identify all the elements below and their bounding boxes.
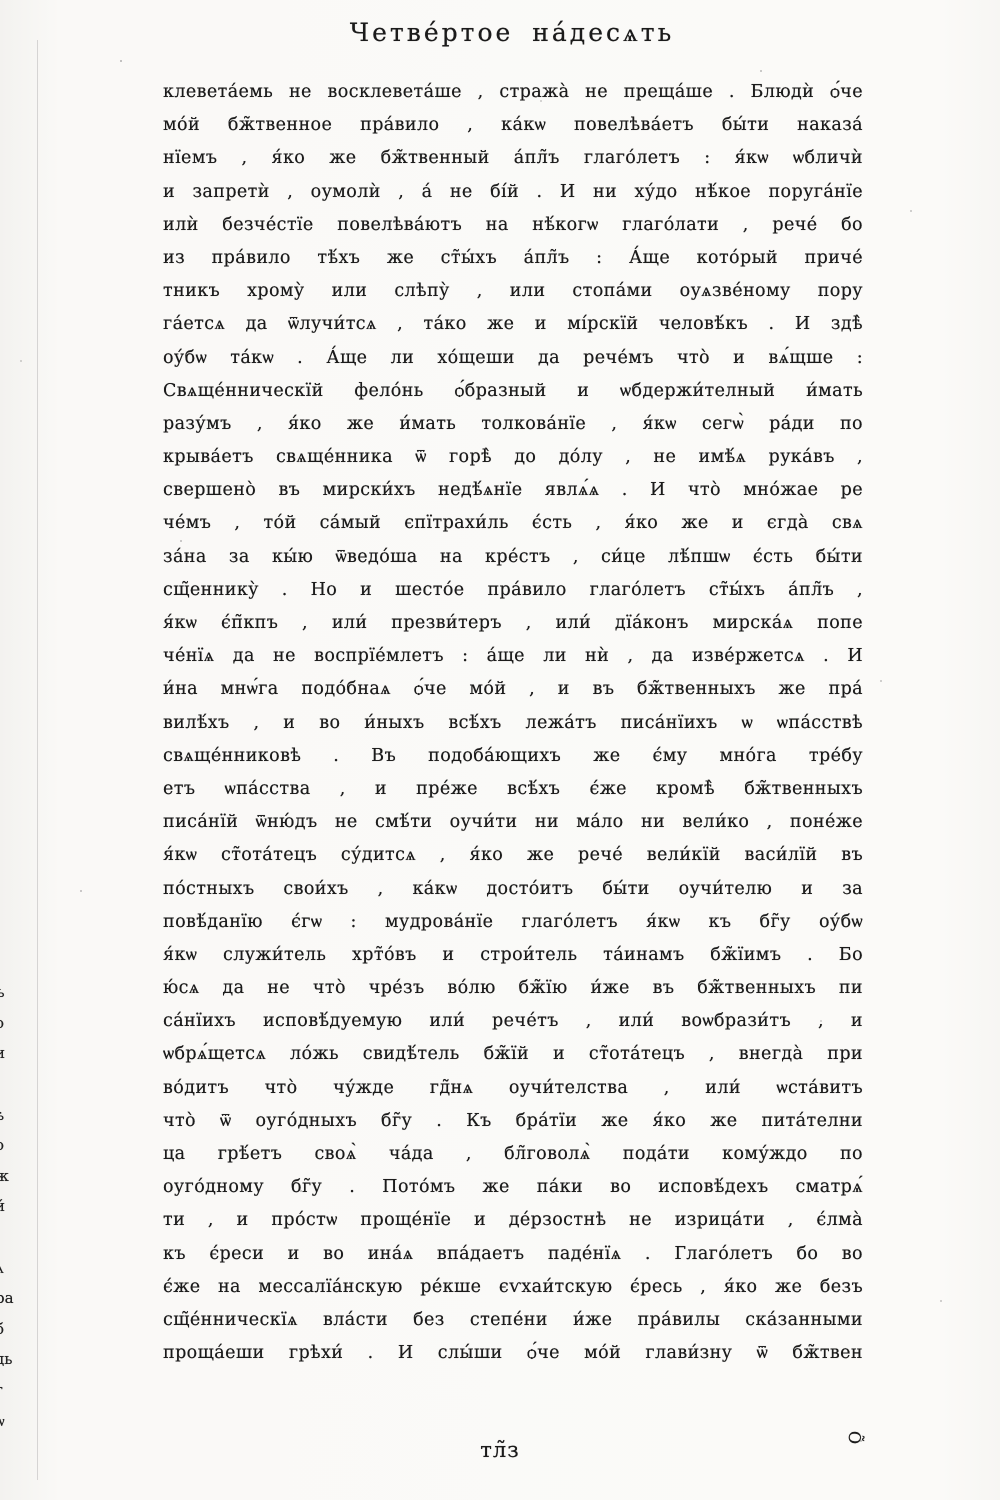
text-line: и запретѝ , оумолѝ , а́ не бі́й . И ни х… [163, 176, 863, 209]
text-line: оу́бѡ та́кѡ . А́ще ли хо́щеши да рече́мъ… [163, 342, 863, 375]
margin-fragment: о [0, 1130, 17, 1161]
text-line: я́кѡ є́п̃кпъ , или́ презви́теръ , или́ д… [163, 607, 863, 640]
text-line: разу́мъ , я́ко же и́мать толкова́нїе , я… [163, 408, 863, 441]
text-line: крыва́етъ свѧще́нника ѿ горѣ̀ до до́лу ,… [163, 441, 863, 474]
margin-fragment: ѧ [0, 1253, 17, 1284]
text-line: из пра́вило тѣ́хъ же ст̃ы́хъ а́пл̃ъ : А́… [163, 242, 863, 275]
text-line: клевета́емь не восклевета́ше , стража̀ н… [163, 76, 863, 109]
text-line: ти , и про́стѡ проще́нїе и де́рзостнѣ не… [163, 1204, 863, 1237]
margin-fragment: і [0, 916, 17, 947]
paper-specks [120, 60, 122, 62]
page-title: Четве́ртое на́десѧть [163, 18, 861, 48]
text-line: писа́нїй ѿню́дъ не смѣ́ти оучи́ти ни ма́… [163, 806, 863, 839]
margin-fragment: ж [0, 1161, 17, 1192]
text-line: ю́сѧ да не что̀ чре́зъ во́лю бж̃їю и́же … [163, 972, 863, 1005]
text-line: са́нїихъ исповѣ́дуемую или́ рече́тъ , ил… [163, 1005, 863, 1038]
quire-signature-mark: О̃ [844, 1430, 864, 1445]
text-line: етъ ѡпа́сства , и пре́же всѣ́хъ є́же кро… [163, 773, 863, 806]
margin-fragment: о [0, 1008, 17, 1039]
scanned-book-page: Четве́ртое на́десѧть клевета́емь не воск… [0, 0, 1000, 1500]
text-line: сщ̃еннику̀ . Но и шесто́е пра́вило глаго… [163, 574, 863, 607]
text-line: нїемъ , я́ко же бж̃твенный а́пл̃ъ глаго́… [163, 142, 863, 175]
text-line: я́кѡ ст̃ота́тецъ су́дитсѧ , я́ко же рече… [163, 839, 863, 872]
text-line: га́етсѧ да ѿлучи́тсѧ , та́ко же и мі́рск… [163, 308, 863, 341]
text-line: че́нїѧ да не воспрїе́млетъ : а́ще ли нѝ … [163, 640, 863, 673]
text-line: тникъ хрому̀ или слѣпу̀ , или стопа́ми о… [163, 275, 863, 308]
text-line: свершено̀ въ мирски́хъ недѣ́ѧнїе явлѧ́ѧ … [163, 474, 863, 507]
margin-fragment: ѡ [0, 1406, 17, 1437]
margin-fragment: ѣ [0, 1100, 17, 1131]
text-line: свѧще́нниковѣ . Въ подоба́ющихъ же є́му … [163, 740, 863, 773]
margin-fragment: : [0, 1069, 17, 1100]
margin-fragment: , [0, 1222, 17, 1253]
text-line: че́мъ , то́й са́мый єпїтрахи́ль є́сть , … [163, 507, 863, 540]
margin-bleed-fragments: і,ъои:ѣожи́,ѧрабдьгѡ [0, 916, 17, 1436]
text-line: сщ̃е́нническїѧ вла́сти без степе́ни и́же… [163, 1304, 863, 1337]
margin-fragment: ъ [0, 977, 17, 1008]
margin-fragment: и [0, 1038, 17, 1069]
text-line: и́на мнѡ́га подо́бнаѧ ѻ́че мо́й , и въ б… [163, 673, 863, 706]
margin-fragment: и́ [0, 1191, 17, 1222]
page-gutter-line [37, 40, 38, 1480]
text-line: за́на за кы́ю ѿведо́ша на кре́стъ , си́ц… [163, 541, 863, 574]
text-line: ца грѣ́етъ своѧ̀ ча́да , бл̃говолѧ̀ пода… [163, 1138, 863, 1171]
text-line: проща́еши грѣхи́ . И слы́ши ѻ́че мо́й гл… [163, 1337, 863, 1370]
text-line: Свѧще́нническїй фело́нь ѻ́бразный и ѡбде… [163, 375, 863, 408]
margin-fragment: ра [0, 1283, 17, 1314]
text-line: ѡбрѧ́щетсѧ ло́жь свидѣ́тель бж̃їй и ст̃о… [163, 1038, 863, 1071]
text-line: вилѣ́хъ , и во и́ныхъ всѣ́хъ лежа́тъ пис… [163, 707, 863, 740]
text-line: что̀ ѿ оуго́дныхъ бг̃у . Къ бра́тїи же я… [163, 1105, 863, 1138]
text-line: є́же на мессалїа́нскую ре́кше єѵхаи́тску… [163, 1271, 863, 1304]
text-line: илѝ безче́стїе повелѣва́ютъ на нѣ́когѡ г… [163, 209, 863, 242]
margin-fragment: б [0, 1314, 17, 1345]
margin-fragment: г [0, 1375, 17, 1406]
body-text-block: клевета́емь не восклевета́ше , стража̀ н… [163, 76, 863, 1370]
text-line: во́дитъ что̀ чу́жде гд̃нѧ оучи́телства ,… [163, 1072, 863, 1105]
text-line: повѣ́данїю є́гѡ : мудрова́нїе глаго́летъ… [163, 906, 863, 939]
text-line: по́стныхъ свои́хъ , ка́кѡ досто́итъ бы́т… [163, 873, 863, 906]
text-line: мо́й бж̃твенное пра́вило , ка́кѡ повелѣв… [163, 109, 863, 142]
text-line: я́кѡ служи́тель хрт̃о́въ и строи́тель та… [163, 939, 863, 972]
margin-fragment: , [0, 947, 17, 978]
text-line: оуго́дному бг̃у . Пото́мъ же па́ки во ис… [163, 1171, 863, 1204]
margin-fragment: дь [0, 1344, 17, 1375]
text-line: къ є́реси и во ина́ѧ впа́даетъ паде́нїѧ … [163, 1238, 863, 1271]
